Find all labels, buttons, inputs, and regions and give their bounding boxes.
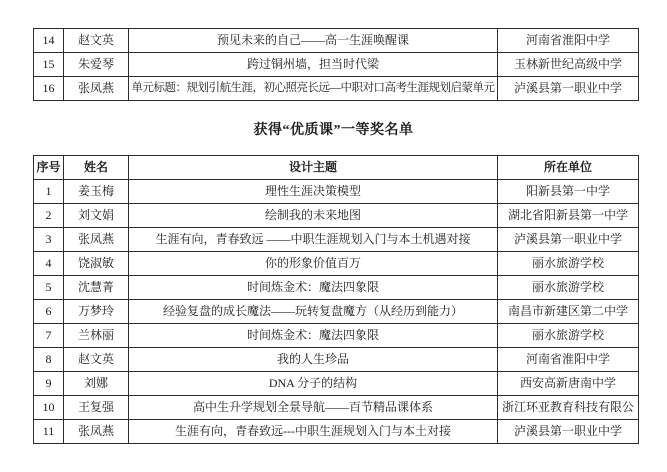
cell-serial: 1 [34,180,64,204]
document-page: 14 赵文英 预见未来的自己——高一生涯唤醒课 河南省淮阳中学 15 朱爱琴 跨… [0,0,667,472]
cell-unit: 泸溪县第一职业中学 [498,420,639,444]
table-row: 14 赵文英 预见未来的自己——高一生涯唤醒课 河南省淮阳中学 [34,29,639,53]
cell-unit: 丽水旅游学校 [498,252,639,276]
cell-unit: 浙江环亚教育科技有限公 [498,396,639,420]
cell-unit: 丽水旅游学校 [498,276,639,300]
cell-name: 姜玉梅 [64,180,129,204]
header-name: 姓名 [64,156,129,180]
table-header-row: 序号 姓名 设计主题 所在单位 [34,156,639,180]
cell-serial: 10 [34,396,64,420]
cell-serial: 3 [34,228,64,252]
header-serial: 序号 [34,156,64,180]
cell-unit: 南昌市新建区第二中学 [498,300,639,324]
table-row: 8 赵文英 我的人生珍品 河南省淮阳中学 [34,348,639,372]
cell-name: 张凤燕 [64,77,129,101]
header-topic: 设计主题 [129,156,498,180]
cell-topic: 时间炼金术：魔法四象限 [129,324,498,348]
cell-serial: 8 [34,348,64,372]
table-row: 16 张凤燕 单元标题：规划引航生涯，初心照亮长远—中职对口高考生涯规划启蒙单元… [34,77,639,101]
cell-unit: 丽水旅游学校 [498,324,639,348]
cell-topic: 单元标题：规划引航生涯，初心照亮长远—中职对口高考生涯规划启蒙单元 [129,77,498,101]
cell-topic: 预见未来的自己——高一生涯唤醒课 [129,29,498,53]
section-heading: 获得“优质课”一等奖名单 [0,119,667,139]
table-row: 10 王复强 高中生升学规划全景导航——百节精品课体系 浙江环亚教育科技有限公 [34,396,639,420]
table-row: 7 兰林丽 时间炼金术：魔法四象限 丽水旅游学校 [34,324,639,348]
cell-serial: 5 [34,276,64,300]
cell-topic: DNA 分子的结构 [129,372,498,396]
cell-name: 朱爱琴 [64,53,129,77]
cell-topic: 高中生升学规划全景导航——百节精品课体系 [129,396,498,420]
cell-serial: 15 [34,53,64,77]
cell-unit: 泸溪县第一职业中学 [498,228,639,252]
cell-serial: 4 [34,252,64,276]
cell-name: 刘娜 [64,372,129,396]
table-row: 11 张凤燕 生涯有向，青春致远---中职生涯规划入门与本土对接 泸溪县第一职业… [34,420,639,444]
cell-unit: 泸溪县第一职业中学 [498,77,639,101]
cell-topic: 生涯有向，青春致远---中职生涯规划入门与本土对接 [129,420,498,444]
cell-unit: 河南省淮阳中学 [498,29,639,53]
cell-unit: 玉林新世纪高级中学 [498,53,639,77]
table-row: 15 朱爱琴 跨过铜州墙，担当时代梁 玉林新世纪高级中学 [34,53,639,77]
cell-unit: 河南省淮阳中学 [498,348,639,372]
cell-name: 万梦玲 [64,300,129,324]
table-row: 3 张凤燕 生涯有向，青春致远 ——中职生涯规划入门与本土机遇对接 泸溪县第一职… [34,228,639,252]
cell-serial: 11 [34,420,64,444]
cell-topic: 时间炼金术：魔法四象限 [129,276,498,300]
cell-name: 赵文英 [64,348,129,372]
table-row: 2 刘文娟 绘制我的未来地图 湖北省阳新县第一中学 [34,204,639,228]
table-row: 5 沈慧菁 时间炼金术：魔法四象限 丽水旅游学校 [34,276,639,300]
table-row: 6 万梦玲 经验复盘的成长魔法——玩转复盘魔方（从经历到能力） 南昌市新建区第二… [34,300,639,324]
cell-serial: 2 [34,204,64,228]
cell-name: 刘文娟 [64,204,129,228]
cell-topic: 理性生涯决策模型 [129,180,498,204]
cell-name: 张凤燕 [64,420,129,444]
table-row: 9 刘娜 DNA 分子的结构 西安高新唐南中学 [34,372,639,396]
cell-topic: 跨过铜州墙，担当时代梁 [129,53,498,77]
cell-topic: 我的人生珍品 [129,348,498,372]
cell-name: 王复强 [64,396,129,420]
award-table-continuation: 14 赵文英 预见未来的自己——高一生涯唤醒课 河南省淮阳中学 15 朱爱琴 跨… [33,28,639,101]
header-unit: 所在单位 [498,156,639,180]
table-row: 1 姜玉梅 理性生涯决策模型 阳新县第一中学 [34,180,639,204]
cell-name: 张凤燕 [64,228,129,252]
cell-name: 饶淑敏 [64,252,129,276]
cell-name: 沈慧菁 [64,276,129,300]
cell-unit: 湖北省阳新县第一中学 [498,204,639,228]
cell-topic: 经验复盘的成长魔法——玩转复盘魔方（从经历到能力） [129,300,498,324]
cell-topic: 绘制我的未来地图 [129,204,498,228]
cell-serial: 16 [34,77,64,101]
cell-topic: 你的形象价值百万 [129,252,498,276]
cell-serial: 6 [34,300,64,324]
award-table: 序号 姓名 设计主题 所在单位 1 姜玉梅 理性生涯决策模型 阳新县第一中学 2… [33,155,639,444]
cell-name: 赵文英 [64,29,129,53]
cell-topic: 生涯有向，青春致远 ——中职生涯规划入门与本土机遇对接 [129,228,498,252]
cell-unit: 西安高新唐南中学 [498,372,639,396]
cell-serial: 14 [34,29,64,53]
cell-serial: 9 [34,372,64,396]
cell-unit: 阳新县第一中学 [498,180,639,204]
table-row: 4 饶淑敏 你的形象价值百万 丽水旅游学校 [34,252,639,276]
cell-name: 兰林丽 [64,324,129,348]
cell-serial: 7 [34,324,64,348]
